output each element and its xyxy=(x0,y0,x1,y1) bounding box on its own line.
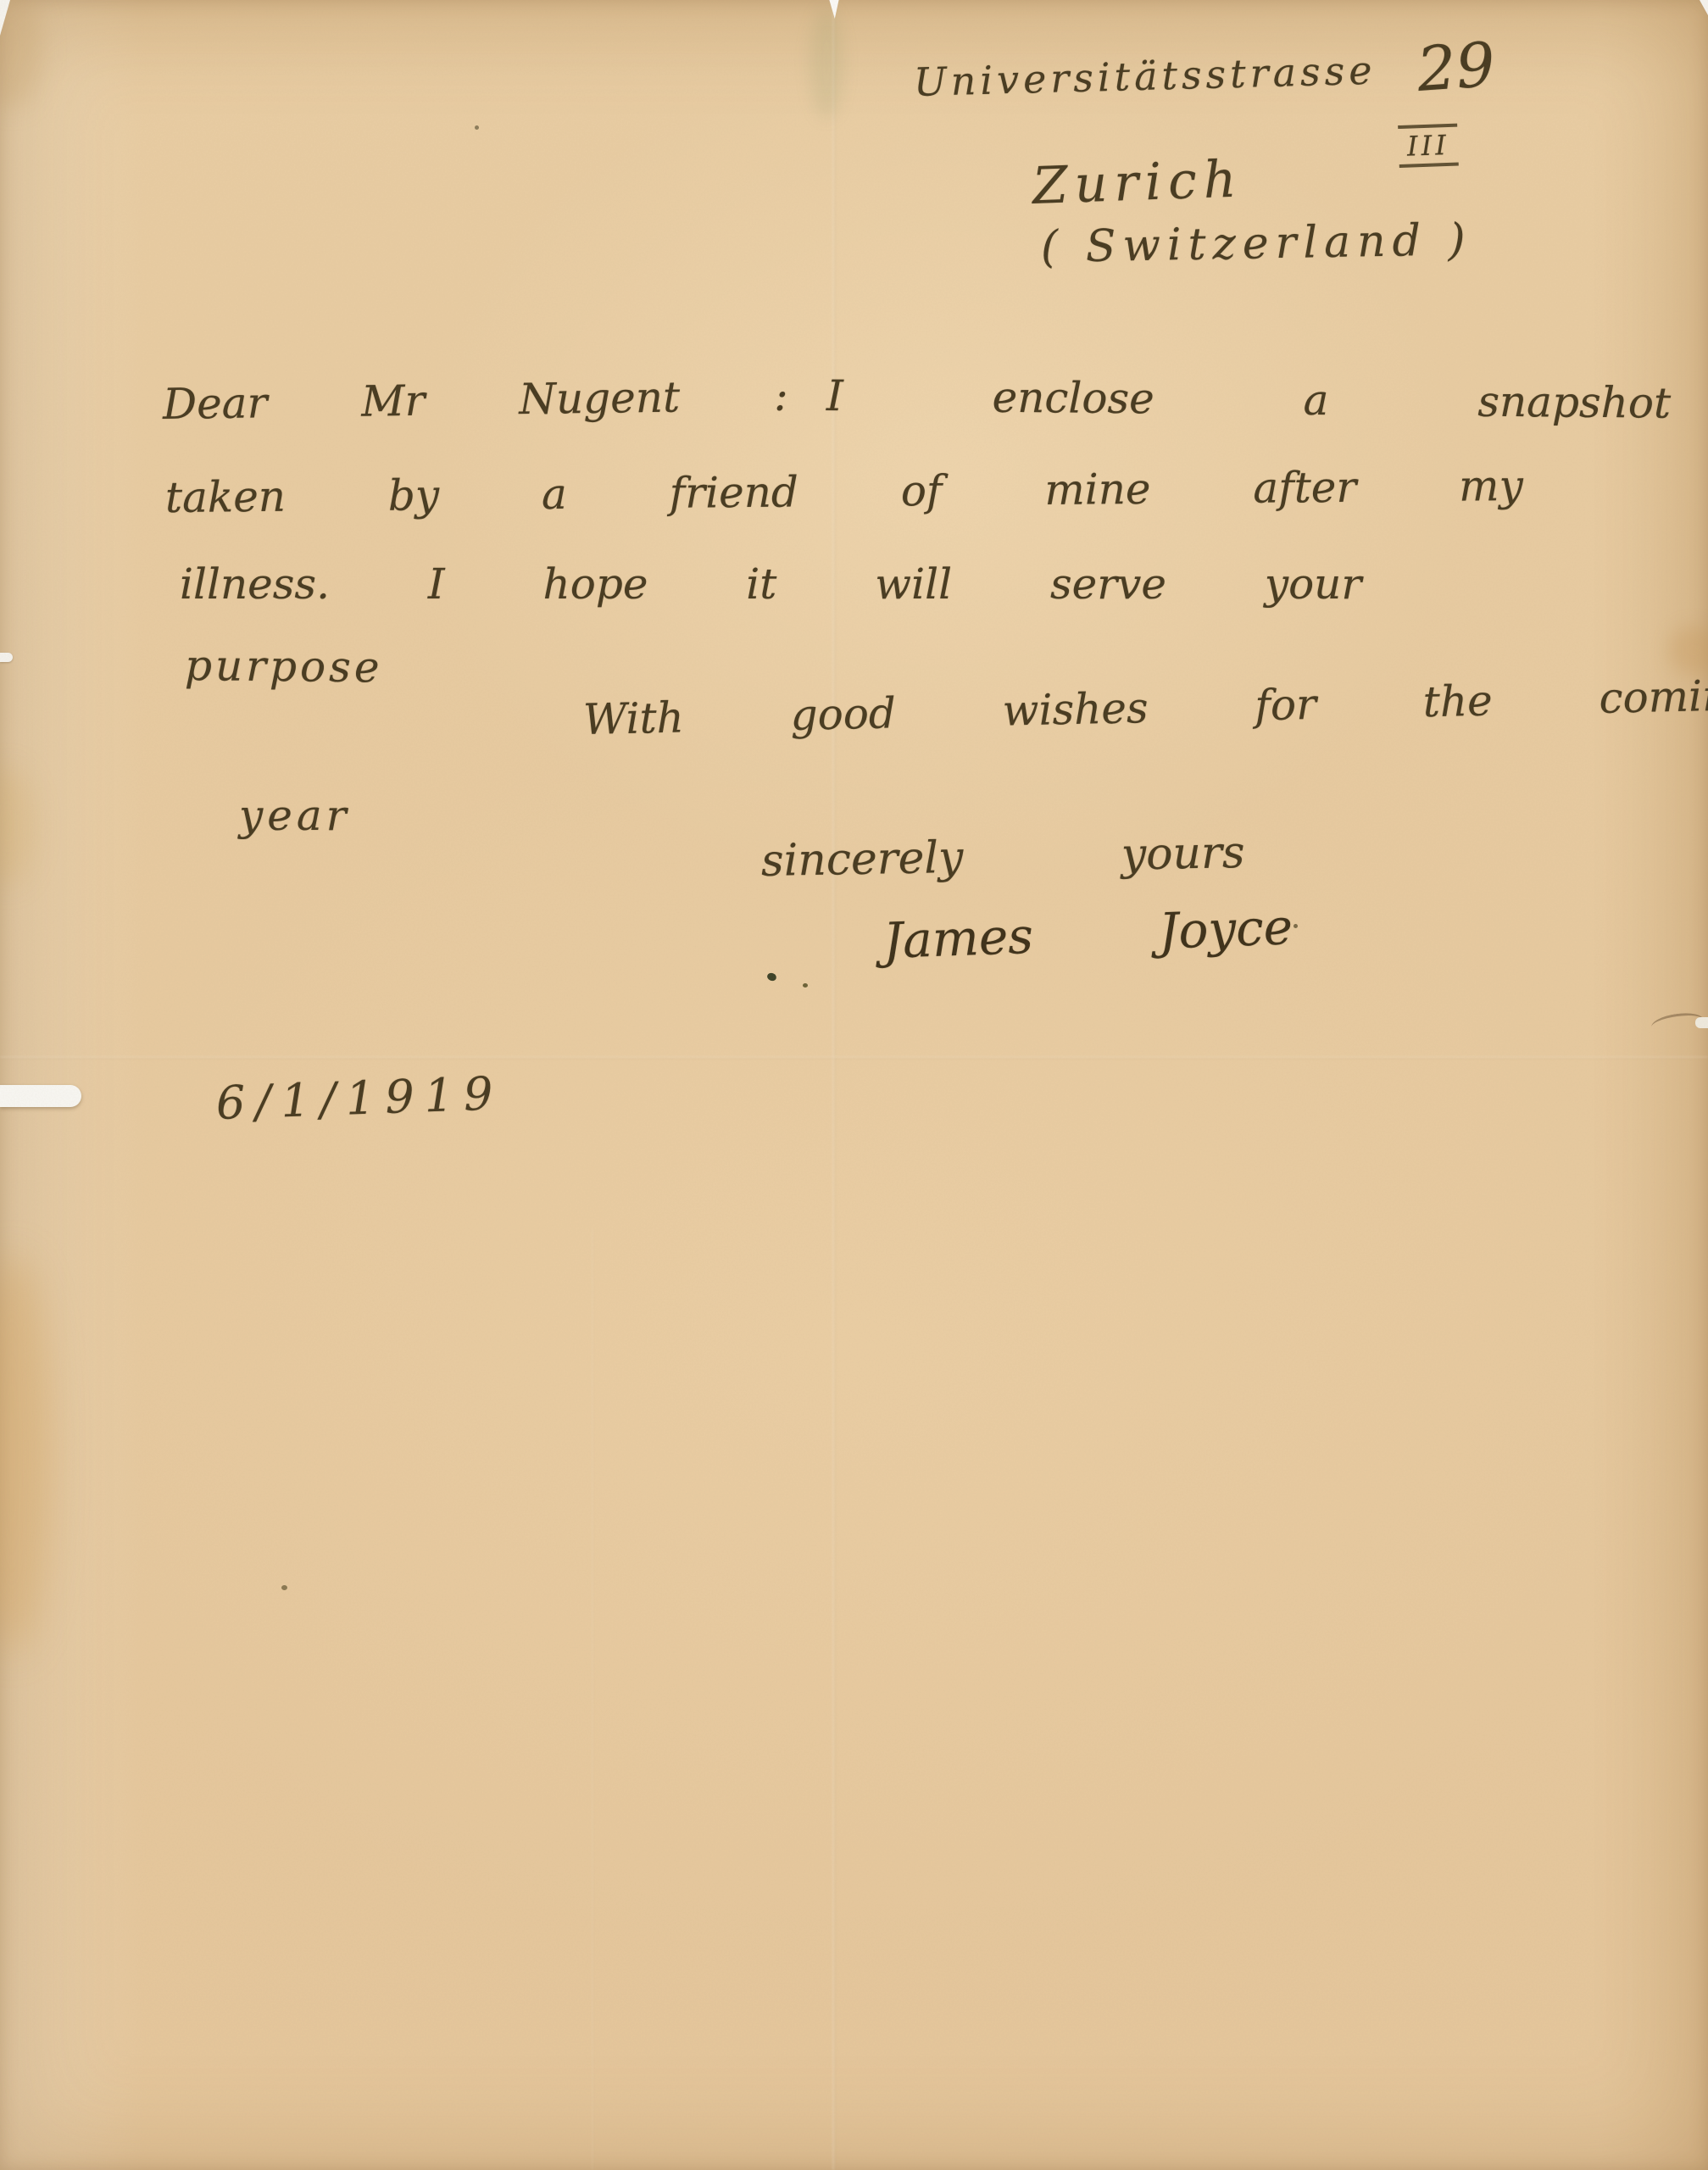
body-line-6: year xyxy=(239,791,351,840)
body-line-2: taken by a friend of mine after my xyxy=(165,461,1523,522)
fold-crease-vertical-lower xyxy=(592,1229,594,2170)
ink-speck xyxy=(281,1585,287,1590)
ink-speck xyxy=(1294,924,1298,928)
signature: James Joyce xyxy=(882,898,1294,970)
paper-chip-left-edge xyxy=(0,1085,81,1107)
valediction-line: sincerely yours xyxy=(760,827,1245,887)
fold-crease-horizontal xyxy=(0,1056,1708,1060)
paper-corner-sliver-top-right xyxy=(1700,0,1708,15)
address-floor-numeral: III xyxy=(1398,124,1459,168)
address-country: ( Switzerland ) xyxy=(1040,214,1472,273)
ink-speck xyxy=(475,125,479,130)
address-street: Universitätsstrasse xyxy=(913,47,1377,105)
salutation-line: Dear Mr Nugent : xyxy=(163,371,789,429)
paper-stain-right-mid xyxy=(1668,626,1708,675)
letter-page: Universitätsstrasse 29 III Zurich ( Swit… xyxy=(0,0,1708,2170)
date-line: 6/1/1919 xyxy=(215,1066,504,1130)
fold-crease-vertical xyxy=(832,0,836,2170)
paper-stain-left-band xyxy=(0,1255,51,1653)
address-house-number: 29 xyxy=(1415,29,1497,105)
paper-tear-right-edge-white xyxy=(1695,1017,1708,1028)
body-line-1: I enclose a snapshot xyxy=(826,371,1672,428)
address-city: Zurich xyxy=(1032,149,1244,216)
paper-stain-left-mid xyxy=(0,767,34,886)
paper-stain-top-left xyxy=(0,0,42,108)
paper-corner-sliver-top-left xyxy=(0,0,10,36)
body-line-5: With good wishes for the coming xyxy=(582,670,1708,744)
ink-speck xyxy=(803,983,808,988)
body-line-3: illness. I hope it will serve your xyxy=(180,559,1361,609)
ink-smudge-top xyxy=(809,8,843,119)
paper-chip-left-edge-small xyxy=(0,653,13,662)
body-line-4: purpose xyxy=(185,641,383,692)
ink-speck xyxy=(766,971,777,982)
